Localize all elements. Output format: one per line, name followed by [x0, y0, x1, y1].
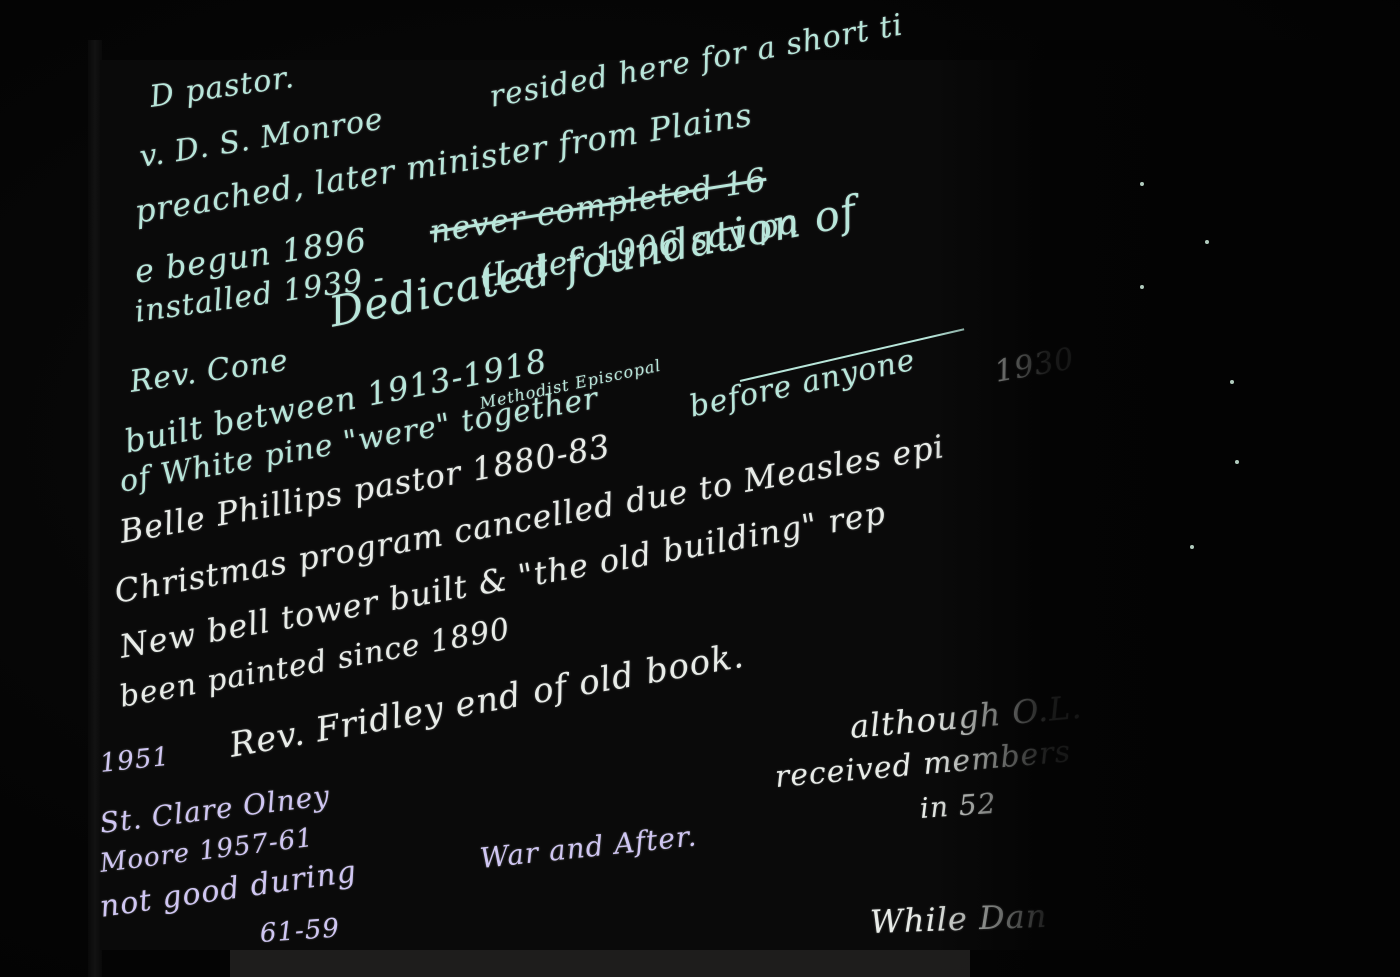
- shadow-overlay: [930, 40, 1400, 977]
- floor-edge: [230, 950, 970, 977]
- light-speck: [1190, 545, 1194, 549]
- light-speck: [1235, 460, 1239, 464]
- light-speck: [1140, 182, 1144, 186]
- light-speck: [1140, 285, 1144, 289]
- light-speck: [1205, 240, 1209, 244]
- handwritten-line: 61-59: [259, 913, 341, 949]
- light-speck: [1230, 380, 1234, 384]
